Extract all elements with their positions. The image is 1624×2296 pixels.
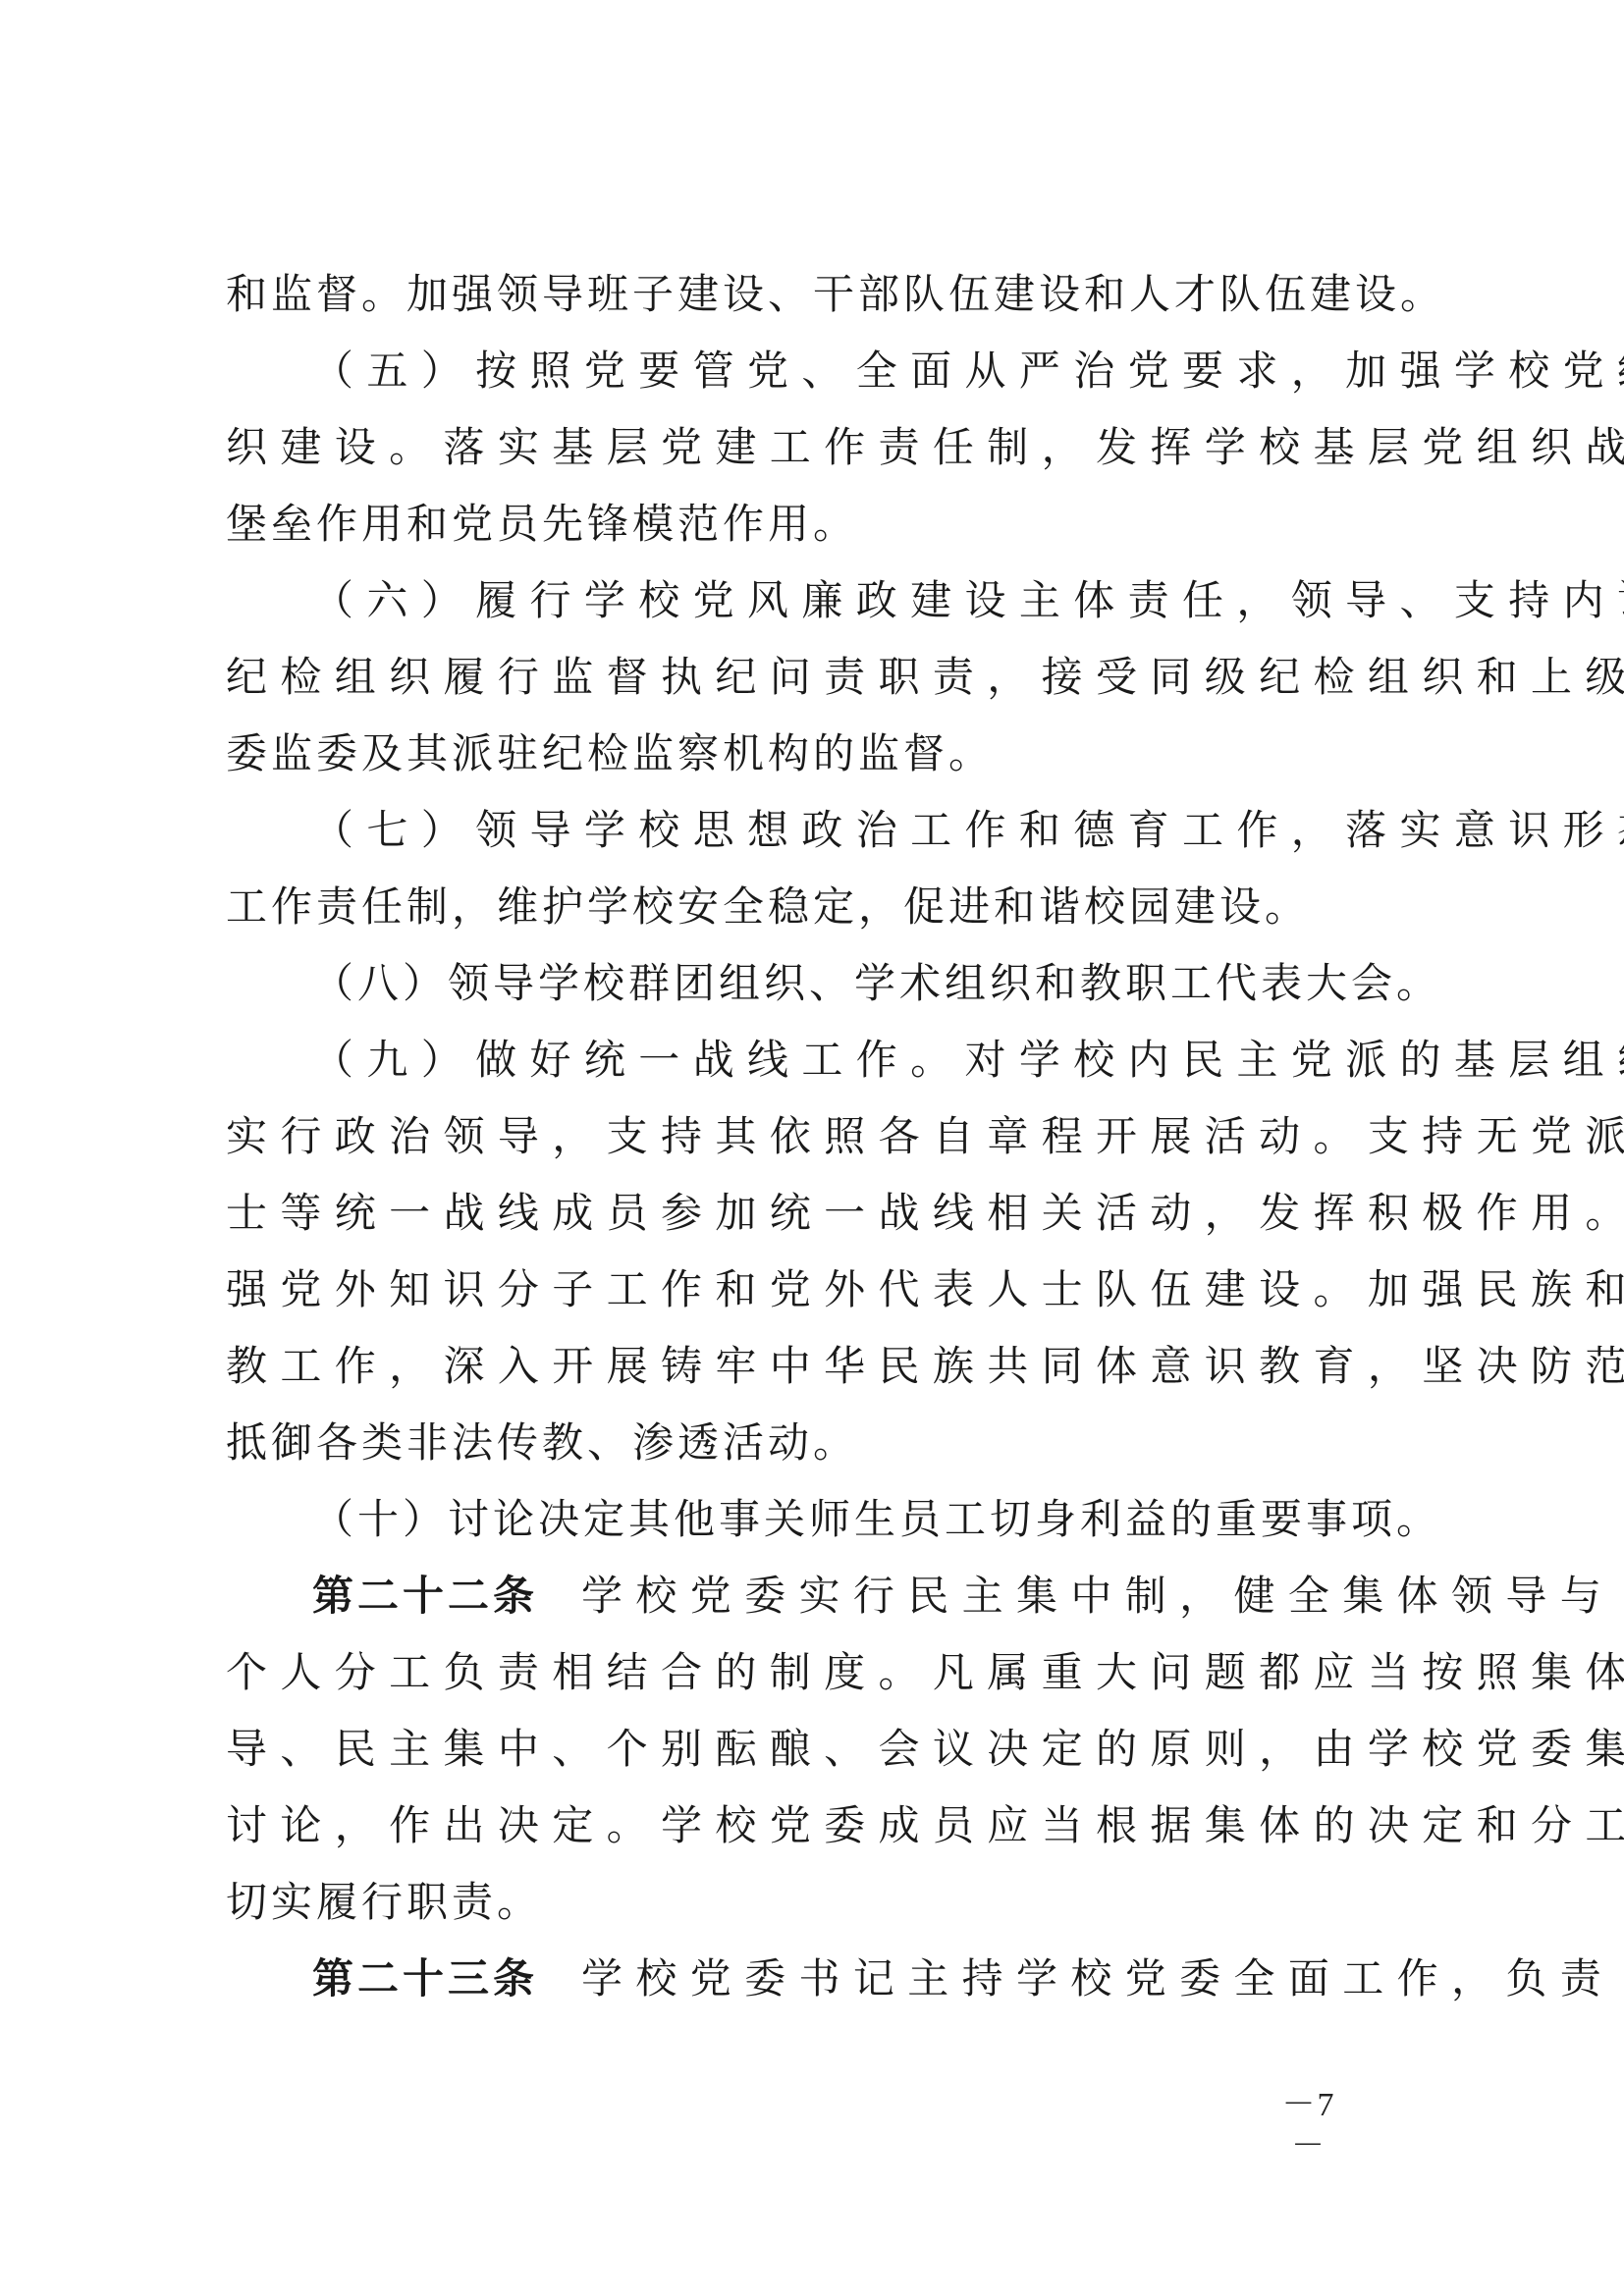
text-line: （ 七 ） 领 导 学 校 思 想 政 治 工 作 和 德 育 工 作 ， 落 … — [226, 809, 1398, 885]
text-line: 教 工 作 ， 深 入 开 展 铸 牢 中 华 民 族 共 同 体 意 识 教 … — [226, 1345, 1398, 1421]
line-text: 抵御各类非法传教、渗透活动。 — [226, 1418, 858, 1467]
line-text: （八）领导学校群团组织、学术组织和教职工代表大会。 — [312, 959, 1441, 1007]
line-text: （ 六 ） 履 行 学 校 党 风 廉 政 建 设 主 体 责 任 ， 领 导 … — [312, 576, 1624, 624]
text-line: 堡垒作用和党员先锋模范作用。 — [226, 503, 1398, 579]
article-heading: 第二十二条 — [312, 1572, 538, 1620]
line-text: 学 校 党 委 实 行 民 主 集 中 制 ， 健 全 集 体 领 导 与 — [581, 1572, 1601, 1620]
text-line: （ 六 ） 履 行 学 校 党 风 廉 政 建 设 主 体 责 任 ， 领 导 … — [226, 579, 1398, 656]
text-line: 切实履行职责。 — [226, 1881, 1398, 1957]
line-text: （十）讨论决定其他事关师生员工切身利益的重要事项。 — [312, 1495, 1441, 1543]
line-text: （ 九 ） 做 好 统 一 战 线 工 作 。 对 学 校 内 民 主 党 派 … — [312, 1036, 1624, 1084]
text-line: 织 建 设 。 落 实 基 层 党 建 工 作 责 任 制 ， 发 挥 学 校 … — [226, 426, 1398, 503]
text-line: 和监督。加强领导班子建设、干部队伍建设和人才队伍建设。 — [226, 273, 1398, 349]
text-line: （十）讨论决定其他事关师生员工切身利益的重要事项。 — [226, 1498, 1398, 1575]
document-body: 和监督。加强领导班子建设、干部队伍建设和人才队伍建设。 （ 五 ） 按 照 党 … — [226, 273, 1398, 2034]
article-heading: 第二十三条 — [312, 1954, 538, 2002]
text-line: 士 等 统 一 战 线 成 员 参 加 统 一 战 线 相 关 活 动 ， 发 … — [226, 1192, 1398, 1268]
line-text: 工作责任制，维护学校安全稳定，促进和谐校园建设。 — [226, 882, 1310, 931]
line-text: （ 五 ） 按 照 党 要 管 党 、 全 面 从 严 治 党 要 求 ， 加 … — [312, 347, 1624, 395]
text-line: 委监委及其派驻纪检监察机构的监督。 — [226, 732, 1398, 809]
line-text: 教 工 作 ， 深 入 开 展 铸 牢 中 华 民 族 共 同 体 意 识 教 … — [226, 1342, 1624, 1390]
text-line: 纪 检 组 织 履 行 监 督 执 纪 问 责 职 责 ， 接 受 同 级 纪 … — [226, 656, 1398, 732]
line-text: （ 七 ） 领 导 学 校 思 想 政 治 工 作 和 德 育 工 作 ， 落 … — [312, 806, 1624, 854]
text-line: 个 人 分 工 负 责 相 结 合 的 制 度 。 凡 属 重 大 问 题 都 … — [226, 1651, 1398, 1728]
text-line: 导 、 民 主 集 中 、 个 别 酝 酿 、 会 议 决 定 的 原 则 ， … — [226, 1728, 1398, 1804]
line-text: 士 等 统 一 战 线 成 员 参 加 统 一 战 线 相 关 活 动 ， 发 … — [226, 1189, 1624, 1237]
page-number: －7－ — [1265, 2085, 1353, 2126]
line-text: 织 建 设 。 落 实 基 层 党 建 工 作 责 任 制 ， 发 挥 学 校 … — [226, 423, 1624, 471]
line-text: 切实履行职责。 — [226, 1878, 542, 1926]
text-line: 强 党 外 知 识 分 子 工 作 和 党 外 代 表 人 士 队 伍 建 设 … — [226, 1268, 1398, 1345]
text-line: 实 行 政 治 领 导 ， 支 持 其 依 照 各 自 章 程 开 展 活 动 … — [226, 1115, 1398, 1192]
text-line: （ 五 ） 按 照 党 要 管 党 、 全 面 从 严 治 党 要 求 ， 加 … — [226, 349, 1398, 426]
text-line: （ 九 ） 做 好 统 一 战 线 工 作 。 对 学 校 内 民 主 党 派 … — [226, 1039, 1398, 1115]
text-line: （八）领导学校群团组织、学术组织和教职工代表大会。 — [226, 962, 1398, 1039]
line-text: 个 人 分 工 负 责 相 结 合 的 制 度 。 凡 属 重 大 问 题 都 … — [226, 1648, 1624, 1696]
line-text: 纪 检 组 织 履 行 监 督 执 纪 问 责 职 责 ， 接 受 同 级 纪 … — [226, 653, 1624, 701]
text-line: 工作责任制，维护学校安全稳定，促进和谐校园建设。 — [226, 885, 1398, 962]
article-22-first-line: 第二十二条学 校 党 委 实 行 民 主 集 中 制 ， 健 全 集 体 领 导… — [226, 1575, 1398, 1651]
line-text: 强 党 外 知 识 分 子 工 作 和 党 外 代 表 人 士 队 伍 建 设 … — [226, 1265, 1624, 1313]
text-line: 讨 论 ， 作 出 决 定 。 学 校 党 委 成 员 应 当 根 据 集 体 … — [226, 1804, 1398, 1881]
line-text: 学 校 党 委 书 记 主 持 学 校 党 委 全 面 工 作 ， 负 责 — [581, 1954, 1601, 2002]
line-text: 导 、 民 主 集 中 、 个 别 酝 酿 、 会 议 决 定 的 原 则 ， … — [226, 1725, 1624, 1773]
line-text: 讨 论 ， 作 出 决 定 。 学 校 党 委 成 员 应 当 根 据 集 体 … — [226, 1801, 1624, 1849]
document-page: 和监督。加强领导班子建设、干部队伍建设和人才队伍建设。 （ 五 ） 按 照 党 … — [0, 0, 1624, 2296]
article-23-first-line: 第二十三条学 校 党 委 书 记 主 持 学 校 党 委 全 面 工 作 ， 负… — [226, 1957, 1398, 2034]
line-text: 堡垒作用和党员先锋模范作用。 — [226, 500, 858, 548]
line-text: 和监督。加强领导班子建设、干部队伍建设和人才队伍建设。 — [226, 270, 1445, 318]
line-text: 委监委及其派驻纪检监察机构的监督。 — [226, 729, 994, 777]
text-line: 抵御各类非法传教、渗透活动。 — [226, 1421, 1398, 1498]
line-text: 实 行 政 治 领 导 ， 支 持 其 依 照 各 自 章 程 开 展 活 动 … — [226, 1112, 1624, 1160]
